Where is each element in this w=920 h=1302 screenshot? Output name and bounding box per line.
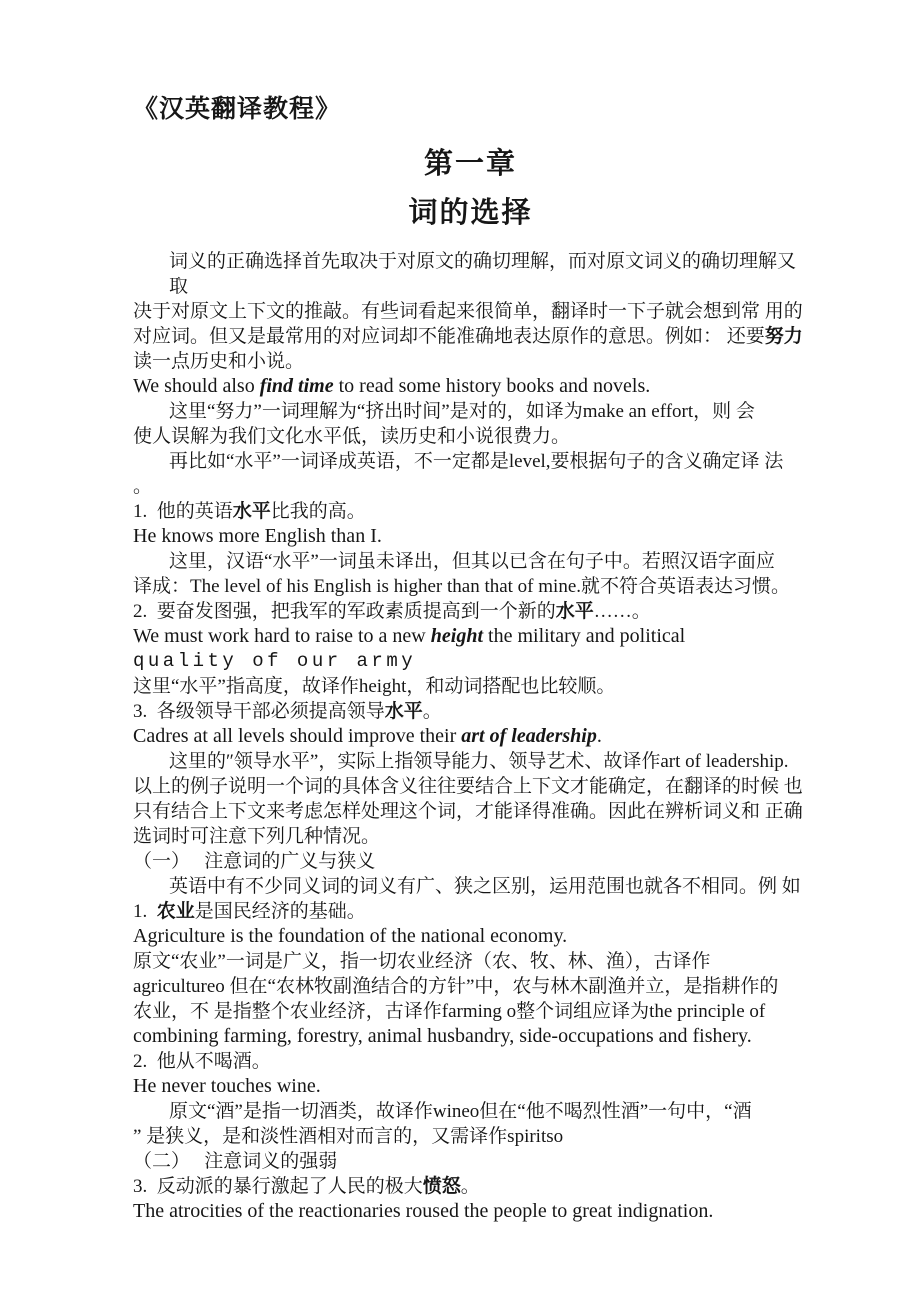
text-line: He knows more English than I. bbox=[133, 524, 808, 549]
text-run: 1. bbox=[133, 901, 157, 922]
text-run: 再比如“水平”一词译成英语，不一定都是level,要根据句子的含义确定译 法 bbox=[169, 451, 783, 472]
text-line: 这里“努力”一词理解为“挤出时间”是对的，如译为make an effort，则… bbox=[133, 399, 808, 424]
text-line: 农业，不 是指整个农业经济，古译作farming o整个词组应译为the pri… bbox=[133, 999, 808, 1024]
text-line: Cadres at all levels should improve thei… bbox=[133, 724, 808, 749]
text-run: He never touches wine. bbox=[133, 1075, 321, 1097]
text-run: 以上的例子说明一个词的具体含义往往要结合上下文才能确定，在翻译的时候 也 bbox=[133, 776, 803, 797]
text-line: 3. 反动派的暴行激起了人民的极大愤怒。 bbox=[133, 1174, 808, 1199]
text-line: combining farming, forestry, animal husb… bbox=[133, 1024, 808, 1049]
text-run: Cadres at all levels should improve thei… bbox=[133, 725, 461, 747]
text-run: 。 bbox=[461, 1176, 480, 1197]
text-run: 2. 他从不喝酒。 bbox=[133, 1051, 271, 1072]
text-run: 比我的高。 bbox=[271, 501, 366, 522]
text-run: 原文“酒”是指一切酒类，故译作wineo但在“他不喝烈性酒”一句中，“酒 bbox=[169, 1101, 752, 1122]
text-run: 这里，汉语“水平”一词虽未译出，但其以已含在句子中。若照汉语字面应 bbox=[169, 551, 775, 572]
text-line: 读一点历史和小说。 bbox=[133, 349, 808, 374]
text-run: quality of our army bbox=[133, 650, 416, 672]
text-line: He never touches wine. bbox=[133, 1074, 808, 1099]
text-run: combining farming, forestry, animal husb… bbox=[133, 1025, 752, 1047]
text-line: 选词时可注意下列几种情况。 bbox=[133, 824, 808, 849]
text-run: 决于对原文上下文的推敲。有些词看起来很简单，翻译时一下子就会想到常 用的 bbox=[133, 301, 803, 322]
text-line: 。 bbox=[133, 474, 808, 499]
text-run: We must work hard to raise to a new bbox=[133, 625, 431, 647]
text-line: 原文“酒”是指一切酒类，故译作wineo但在“他不喝烈性酒”一句中，“酒 bbox=[133, 1099, 808, 1124]
text-line: 英语中有不少同义词的词义有广、狭之区别，运用范围也就各不相同。例 如 bbox=[133, 874, 808, 899]
text-run: to read some history books and novels. bbox=[334, 375, 651, 397]
text-line: ” 是狭义，是和淡性酒相对而言的，又需译作spiritso bbox=[133, 1124, 808, 1149]
text-line: agricultureo 但在“农林牧副渔结合的方针”中，农与林木副渔并立，是指… bbox=[133, 974, 808, 999]
text-line: 再比如“水平”一词译成英语，不一定都是level,要根据句子的含义确定译 法 bbox=[133, 449, 808, 474]
text-line: We should also find time to read some hi… bbox=[133, 374, 808, 399]
text-line: 决于对原文上下文的推敲。有些词看起来很简单，翻译时一下子就会想到常 用的 bbox=[133, 299, 808, 324]
text-run: the military and political bbox=[483, 625, 685, 647]
emphasized-text: 农业 bbox=[157, 900, 195, 922]
text-run: 3. 各级领导干部必须提高领导 bbox=[133, 701, 385, 722]
document-page: 《汉英翻译教程》 第一章 词的选择 词义的正确选择首先取决于对原文的确切理解，而… bbox=[0, 0, 920, 1302]
text-run: 译成：The level of his English is higher th… bbox=[133, 576, 790, 597]
text-line: 3. 各级领导干部必须提高领导水平。 bbox=[133, 699, 808, 724]
text-line: 这里的″领导水平”，实际上指领导能力、领导艺术、故译作art of leader… bbox=[133, 749, 808, 774]
text-line: We must work hard to raise to a new heig… bbox=[133, 624, 808, 649]
text-line: quality of our army bbox=[133, 649, 808, 674]
text-run: （一） 注意词的广义与狭义 bbox=[133, 851, 375, 872]
text-run: We should also bbox=[133, 375, 260, 397]
text-run: 2. 要奋发图强，把我军的军政素质提高到一个新的 bbox=[133, 601, 556, 622]
text-line: 使人误解为我们文化水平低，读历史和小说很费力。 bbox=[133, 424, 808, 449]
text-run: （二） 注意词义的强弱 bbox=[133, 1151, 337, 1172]
text-line: 以上的例子说明一个词的具体含义往往要结合上下文才能确定，在翻译的时候 也 bbox=[133, 774, 808, 799]
document-body: 词义的正确选择首先取决于对原文的确切理解，而对原文词义的确切理解又 取决于对原文… bbox=[133, 249, 808, 1224]
text-run: agricultureo 但在“农林牧副渔结合的方针”中，农与林木副渔并立，是指… bbox=[133, 976, 778, 997]
emphasized-text: art of leadership bbox=[461, 725, 597, 747]
emphasized-text: 努力 bbox=[765, 325, 803, 347]
text-run: 是国民经济的基础。 bbox=[195, 901, 366, 922]
text-run: He knows more English than I. bbox=[133, 525, 382, 547]
text-run: 。 bbox=[423, 701, 442, 722]
text-line: 2. 要奋发图强，把我军的军政素质提高到一个新的水平……。 bbox=[133, 599, 808, 624]
emphasized-text: find time bbox=[260, 375, 334, 397]
emphasized-text: height bbox=[431, 625, 483, 647]
emphasized-text: 水平 bbox=[385, 700, 423, 722]
text-line: （一） 注意词的广义与狭义 bbox=[133, 849, 808, 874]
text-line: 2. 他从不喝酒。 bbox=[133, 1049, 808, 1074]
text-line: Agriculture is the foundation of the nat… bbox=[133, 924, 808, 949]
text-run: Agriculture is the foundation of the nat… bbox=[133, 925, 567, 947]
text-run: ” 是狭义，是和淡性酒相对而言的，又需译作spiritso bbox=[133, 1126, 563, 1147]
text-line: 只有结合上下文来考虑怎样处理这个词，才能译得准确。因此在辨析词义和 正确 bbox=[133, 799, 808, 824]
text-run: . bbox=[597, 725, 602, 747]
text-run: 词义的正确选择首先取决于对原文的确切理解，而对原文词义的确切理解又 取 bbox=[169, 251, 801, 297]
text-run: The atrocities of the reactionaries rous… bbox=[133, 1200, 713, 1222]
text-run: 这里“水平”指高度，故译作height，和动词搭配也比较顺。 bbox=[133, 676, 615, 697]
text-run: 使人误解为我们文化水平低，读历史和小说很费力。 bbox=[133, 426, 570, 447]
text-run: 1. 他的英语 bbox=[133, 501, 233, 522]
text-line: 1. 他的英语水平比我的高。 bbox=[133, 499, 808, 524]
text-run: 选词时可注意下列几种情况。 bbox=[133, 826, 380, 847]
text-line: （二） 注意词义的强弱 bbox=[133, 1149, 808, 1174]
text-line: 这里“水平”指高度，故译作height，和动词搭配也比较顺。 bbox=[133, 674, 808, 699]
text-run: 读一点历史和小说。 bbox=[133, 351, 304, 372]
text-run: ……。 bbox=[594, 601, 651, 622]
text-line: 词义的正确选择首先取决于对原文的确切理解，而对原文词义的确切理解又 取 bbox=[133, 249, 808, 299]
text-run: 。 bbox=[133, 476, 152, 497]
text-line: 译成：The level of his English is higher th… bbox=[133, 574, 808, 599]
chapter-title: 词的选择 bbox=[133, 196, 808, 230]
document-content: 《汉英翻译教程》 第一章 词的选择 词义的正确选择首先取决于对原文的确切理解，而… bbox=[0, 0, 920, 1224]
emphasized-text: 水平 bbox=[556, 600, 594, 622]
text-line: The atrocities of the reactionaries rous… bbox=[133, 1199, 808, 1224]
text-run: 这里“努力”一词理解为“挤出时间”是对的，如译为make an effort，则… bbox=[169, 401, 755, 422]
text-line: 原文“农业”一词是广义，指一切农业经济（农、牧、林、渔），古译作 bbox=[133, 949, 808, 974]
text-run: 这里的″领导水平”，实际上指领导能力、领导艺术、故译作art of leader… bbox=[169, 751, 789, 772]
text-line: 这里，汉语“水平”一词虽未译出，但其以已含在句子中。若照汉语字面应 bbox=[133, 549, 808, 574]
text-run: 英语中有不少同义词的词义有广、狭之区别，运用范围也就各不相同。例 如 bbox=[169, 876, 801, 897]
text-run: 对应词。但又是最常用的对应词却不能准确地表达原作的意思。例如： 还要 bbox=[133, 326, 765, 347]
text-run: 3. 反动派的暴行激起了人民的极大 bbox=[133, 1176, 423, 1197]
text-line: 对应词。但又是最常用的对应词却不能准确地表达原作的意思。例如： 还要努力 bbox=[133, 324, 808, 349]
chapter-heading: 第一章 bbox=[133, 147, 808, 181]
text-run: 原文“农业”一词是广义，指一切农业经济（农、牧、林、渔），古译作 bbox=[133, 951, 710, 972]
text-line: 1. 农业是国民经济的基础。 bbox=[133, 899, 808, 924]
text-run: 只有结合上下文来考虑怎样处理这个词，才能译得准确。因此在辨析词义和 正确 bbox=[133, 801, 803, 822]
text-run: 农业，不 是指整个农业经济，古译作farming o整个词组应译为the pri… bbox=[133, 1001, 765, 1022]
document-title: 《汉英翻译教程》 bbox=[133, 95, 808, 125]
emphasized-text: 水平 bbox=[233, 500, 271, 522]
emphasized-text: 愤怒 bbox=[423, 1175, 461, 1197]
